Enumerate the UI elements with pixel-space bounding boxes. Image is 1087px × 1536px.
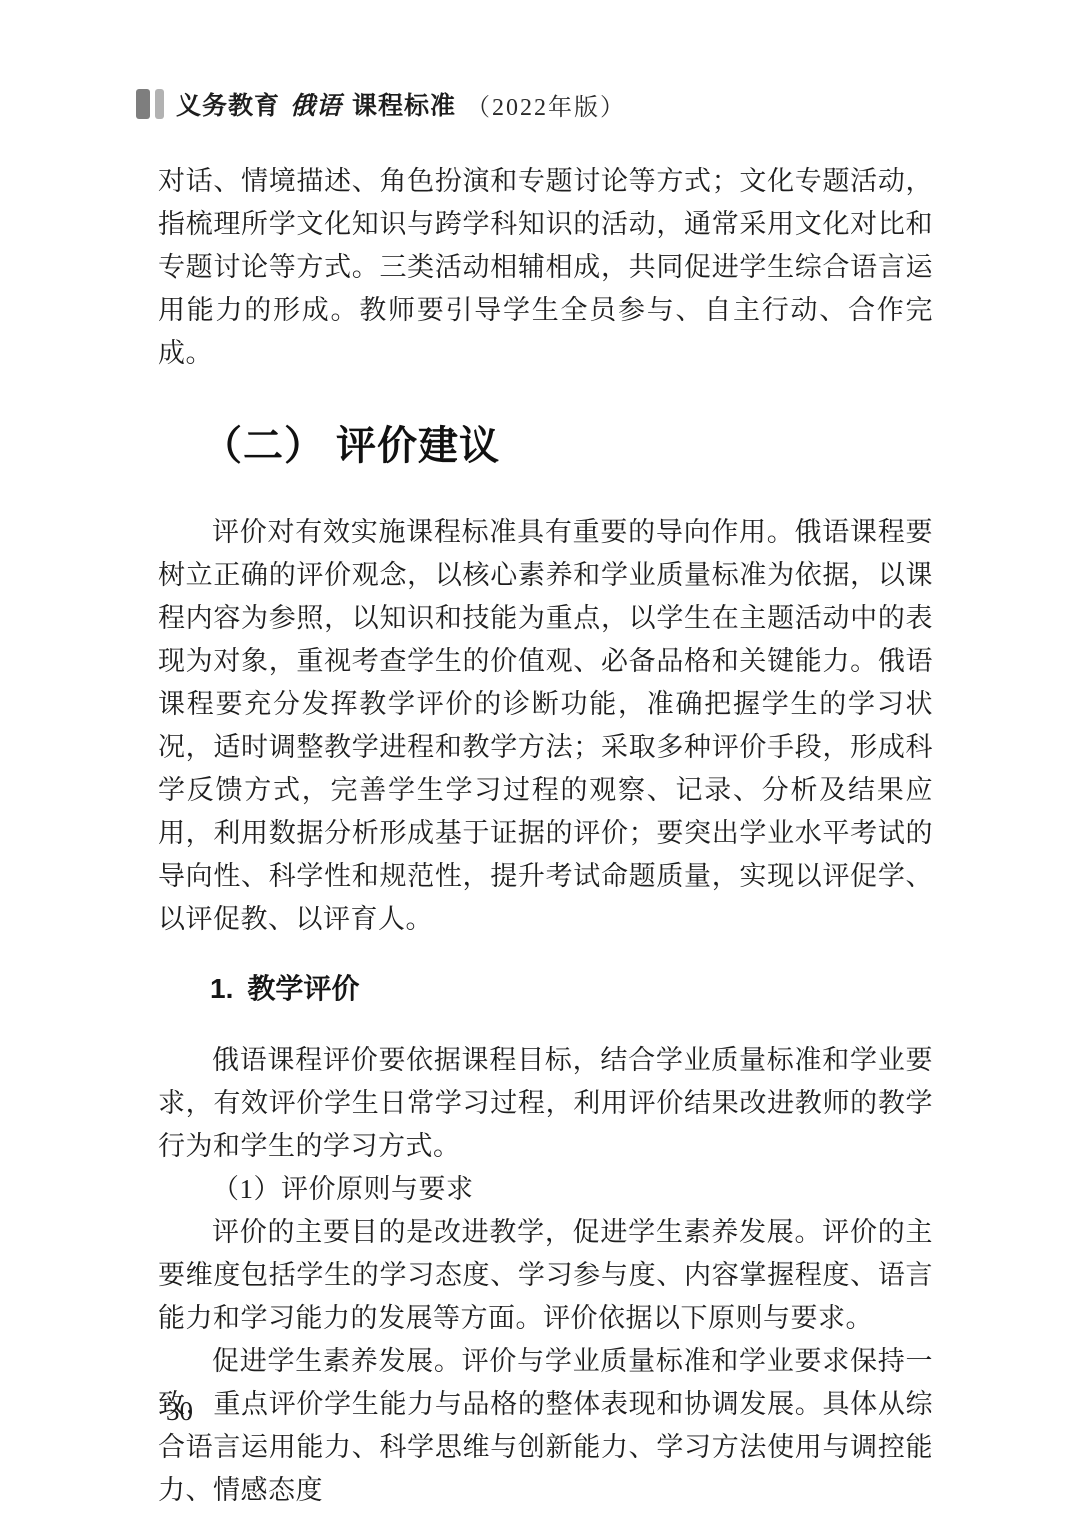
- header-series-label: 义务教育: [176, 86, 280, 122]
- header-edition-label: （2022年版）: [466, 87, 626, 122]
- header-title-label: 课程标准: [352, 86, 456, 122]
- marker-bar-light-icon: [155, 89, 164, 119]
- subsection-number: 1.: [210, 973, 233, 1004]
- item-label-principles-requirements: （1）评价原则与要求: [158, 1168, 933, 1211]
- subsection-title: 教学评价: [247, 973, 359, 1004]
- paragraph-competence-development: 促进学生素养发展。评价与学业质量标准和学业要求保持一致，重点评价学生能力与品格的…: [158, 1340, 933, 1512]
- subsection-heading-teaching-evaluation: 1.教学评价: [210, 971, 933, 1007]
- page-content: 对话、情境描述、角色扮演和专题讨论等方式；文化专题活动，指梳理所学文化知识与跨学…: [158, 160, 933, 1512]
- document-page: 义务教育 俄语 课程标准 （2022年版） 对话、情境描述、角色扮演和专题讨论等…: [0, 0, 1087, 1536]
- running-header: 义务教育 俄语 课程标准 （2022年版）: [136, 86, 626, 122]
- paragraph-activity-continuation: 对话、情境描述、角色扮演和专题讨论等方式；文化专题活动，指梳理所学文化知识与跨学…: [158, 160, 933, 375]
- marker-bar-dark-icon: [136, 89, 150, 119]
- paragraph-evaluation-principles: 评价的主要目的是改进教学，促进学生素养发展。评价的主要维度包括学生的学习态度、学…: [158, 1211, 933, 1340]
- section-heading-evaluation-suggestions: （二） 评价建议: [202, 421, 933, 471]
- header-marker-icon: [136, 89, 164, 119]
- header-subject-label: 俄语: [290, 86, 342, 122]
- paragraph-teaching-evaluation: 俄语课程评价要依据课程目标，结合学业质量标准和学业要求，有效评价学生日常学习过程…: [158, 1039, 933, 1168]
- page-number: 30: [166, 1396, 193, 1427]
- paragraph-evaluation-overview: 评价对有效实施课程标准具有重要的导向作用。俄语课程要树立正确的评价观念，以核心素…: [158, 511, 933, 941]
